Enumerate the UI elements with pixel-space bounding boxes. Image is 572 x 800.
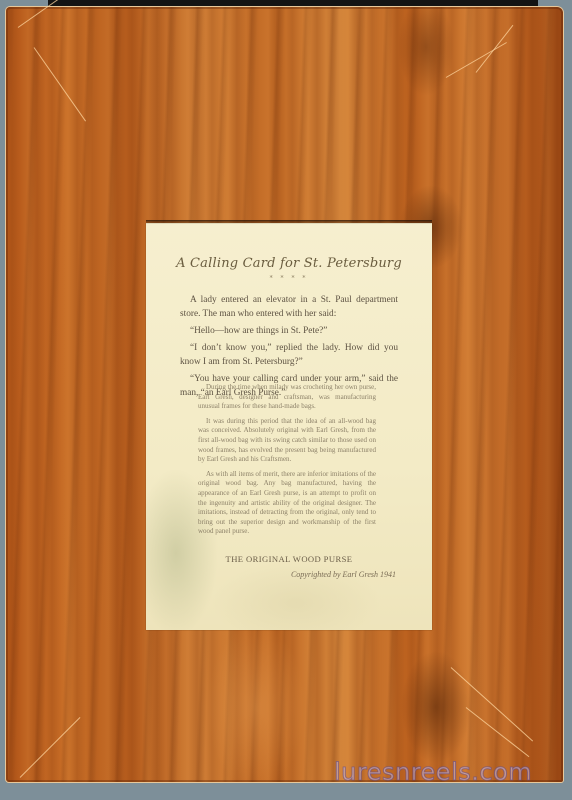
paper-label: A Calling Card for St. Petersburg * * * …: [146, 223, 432, 630]
label-copyright: Copyrighted by Earl Gresh 1941: [291, 570, 396, 579]
label-title: A Calling Card for St. Petersburg: [146, 256, 432, 271]
story-paragraph: A lady entered an elevator in a St. Paul…: [180, 293, 398, 321]
wood-crack: [20, 717, 81, 778]
label-divider: * * * *: [146, 275, 432, 282]
label-footer-title: THE ORIGINAL WOOD PURSE: [146, 554, 432, 564]
wood-crack: [451, 667, 533, 741]
story-paragraph: “Hello—how are things in St. Pete?”: [180, 324, 398, 338]
story-paragraph: “I don’t know you,” replied the lady. Ho…: [180, 341, 398, 369]
wood-crack: [466, 707, 530, 757]
wood-crack: [34, 47, 86, 121]
history-text: During the time when milady was crocheti…: [198, 383, 376, 542]
watermark: luresnreels.com: [334, 758, 532, 786]
paper-edge-shadow: [146, 220, 432, 224]
history-paragraph: It was during this period that the idea …: [198, 417, 376, 465]
history-paragraph: As with all items of merit, there are in…: [198, 470, 376, 537]
history-paragraph: During the time when milady was crocheti…: [198, 383, 376, 412]
